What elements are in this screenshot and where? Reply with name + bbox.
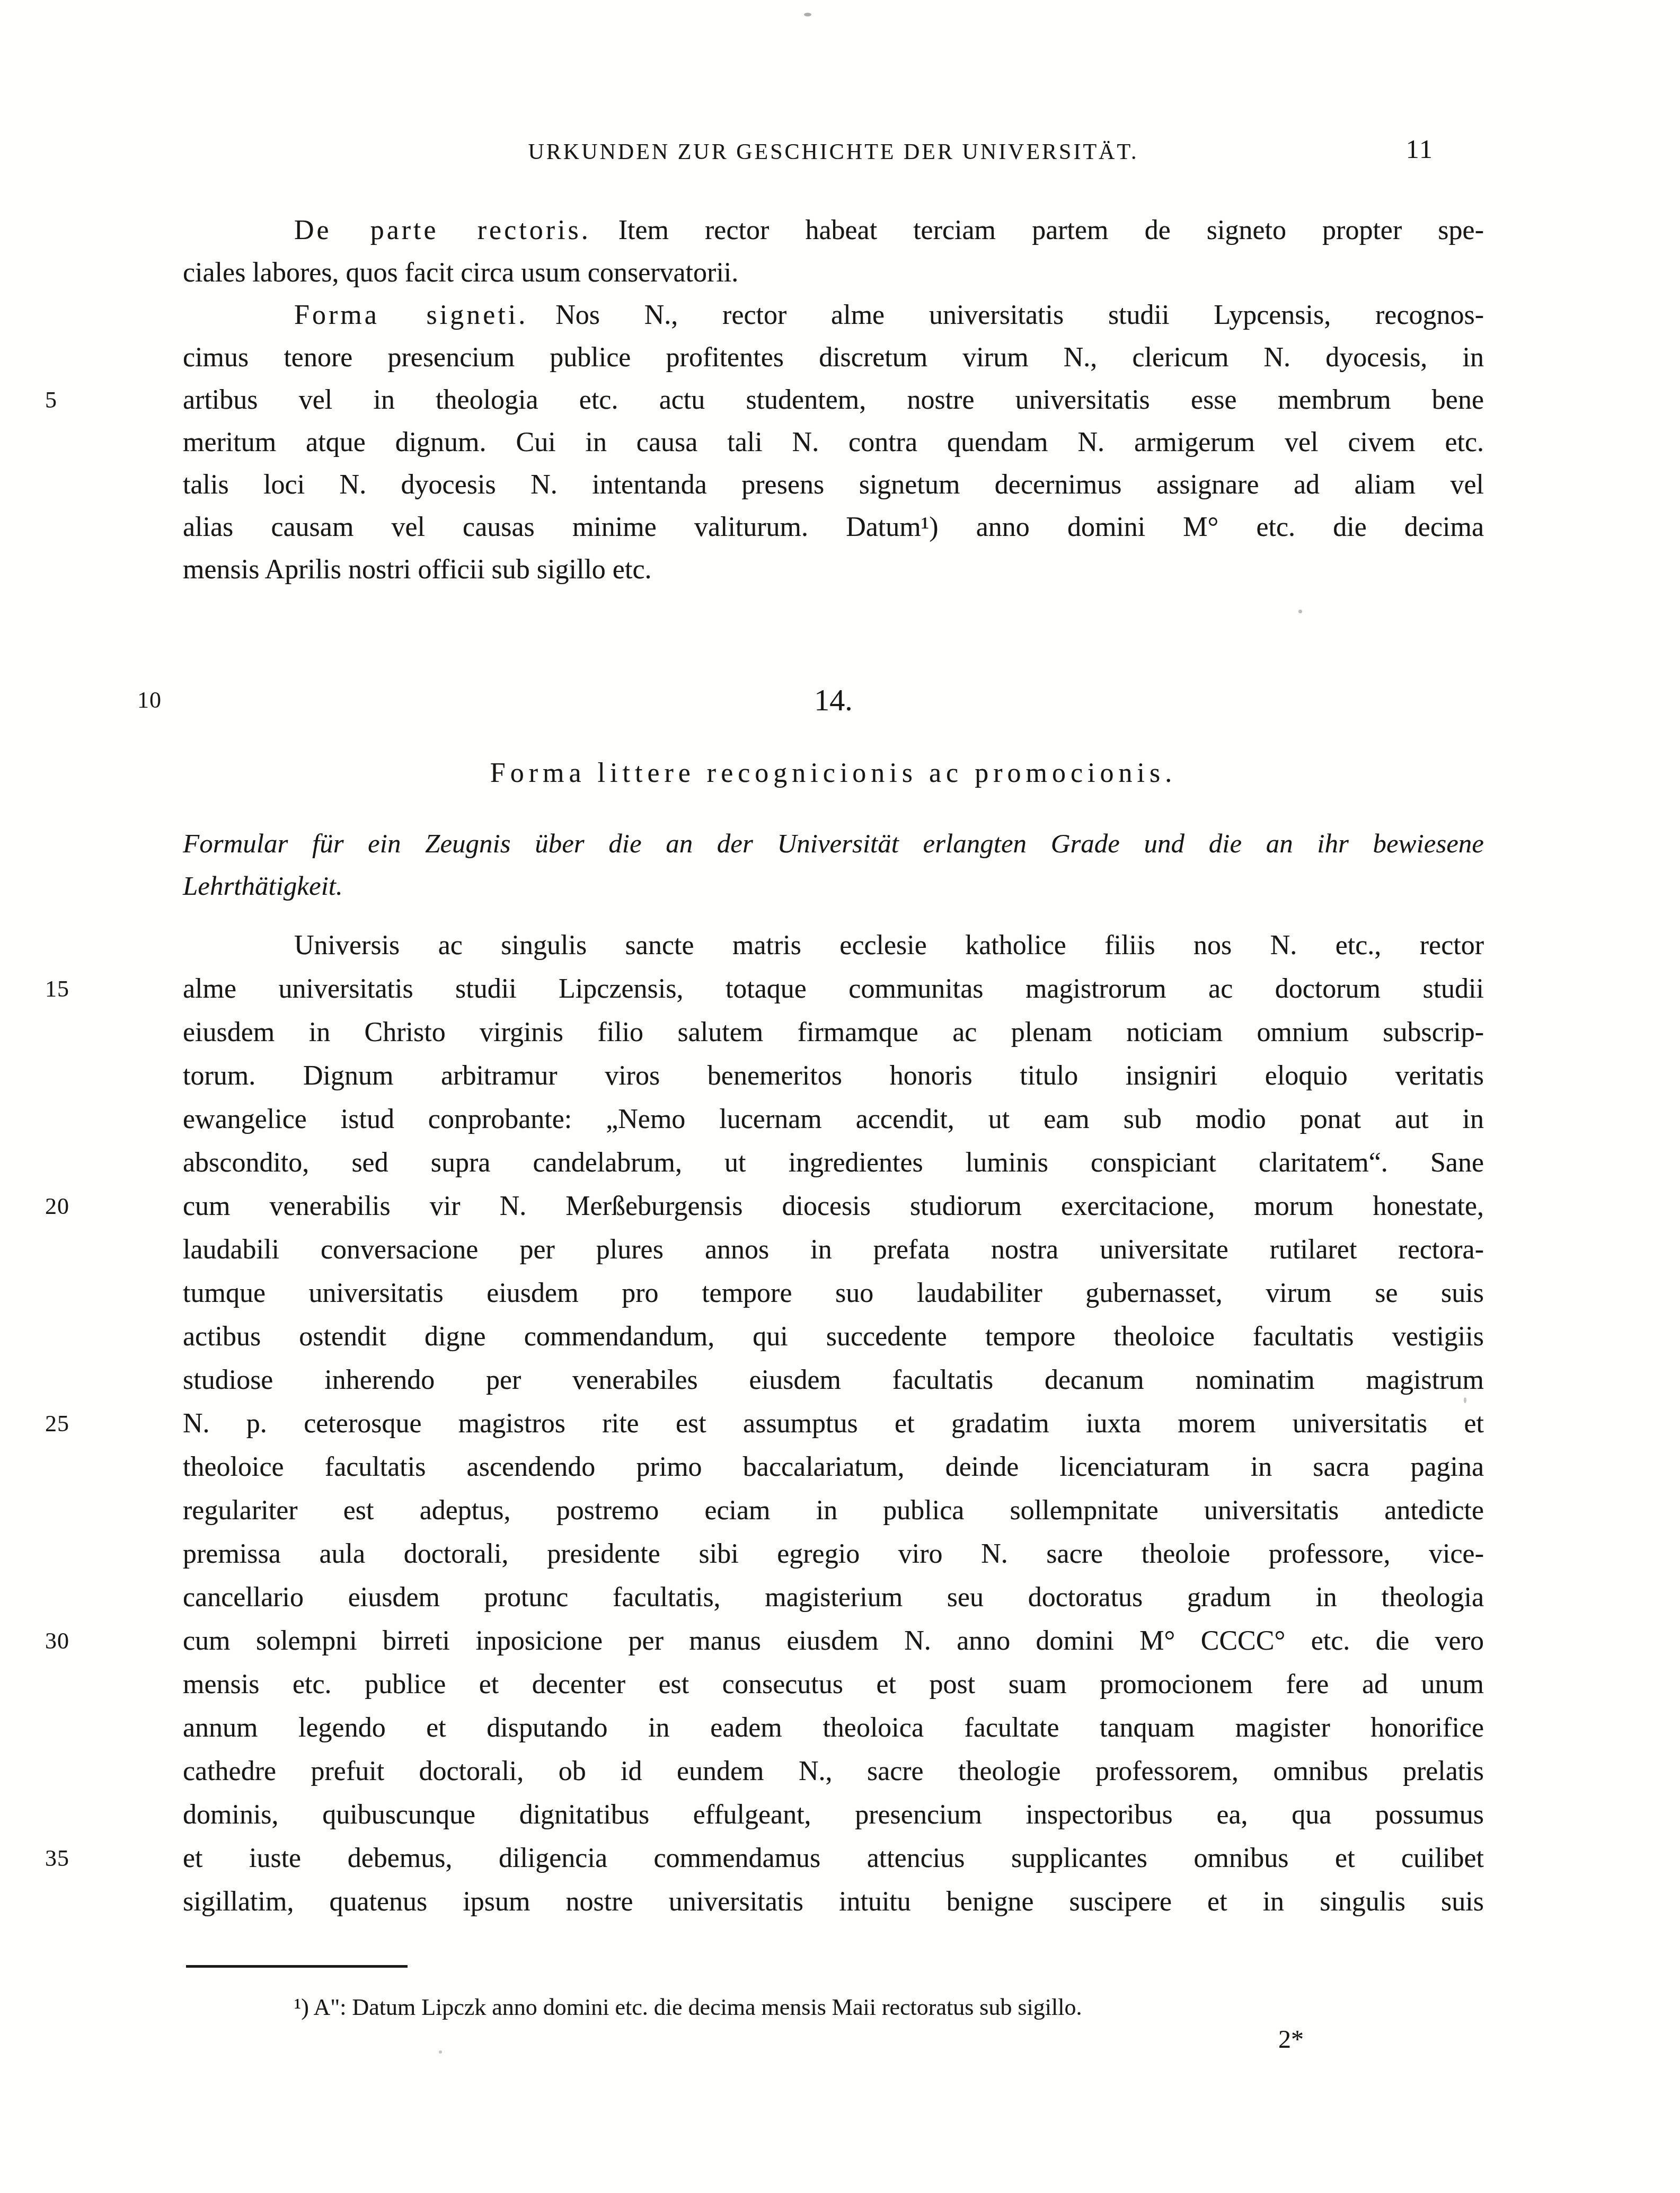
- text-line: torum. Dignum arbitramur viros benemerit…: [183, 1054, 1484, 1098]
- text-line: meritum atque dignum. Cui in causa tali …: [183, 421, 1484, 464]
- line-text: Nos N., rector alme universitatis studii…: [555, 300, 1484, 330]
- line-text: mensis etc. publice et decenter est cons…: [183, 1669, 1484, 1699]
- line-text: sigillatim, quatenus ipsum nostre univer…: [183, 1887, 1484, 1917]
- line-text: torum. Dignum arbitramur viros benemerit…: [183, 1061, 1484, 1091]
- line-text: Item rector habeat terciam partem de sig…: [618, 215, 1484, 245]
- line-text: alias causam vel causas minime valiturum…: [183, 512, 1484, 542]
- section-title: Forma littere recognicionis ac promocion…: [490, 758, 1177, 788]
- text-line: De parte rectoris.Item rector habeat ter…: [183, 209, 1484, 252]
- line-text: Formular für ein Zeugnis über die an der…: [183, 829, 1484, 859]
- text-line: 30cum solempni birreti inposicione per m…: [183, 1619, 1484, 1663]
- line-text: premissa aula doctorali, presidente sibi…: [183, 1539, 1484, 1569]
- text-line: studiose inherendo per venerabiles eiusd…: [183, 1359, 1484, 1402]
- line-text: dominis, quibuscunque dignitatibus efful…: [183, 1800, 1484, 1830]
- scan-speck: [804, 13, 811, 16]
- text-line: ewangelice istud conprobante: „Nemo luce…: [183, 1098, 1484, 1141]
- line-text: alme universitatis studii Lipczensis, to…: [183, 974, 1484, 1004]
- line-text: studiose inherendo per venerabiles eiusd…: [183, 1365, 1484, 1395]
- scanned-book-page: URKUNDEN ZUR GESCHICHTE DER UNIVERSITÄT.…: [0, 0, 1680, 2193]
- line-text: cum solempni birreti inposicione per man…: [183, 1626, 1484, 1656]
- section-title-row: Forma littere recognicionis ac promocion…: [183, 759, 1484, 795]
- text-line: 5artibus vel in theologia etc. actu stud…: [183, 379, 1484, 421]
- text-line: actibus ostendit digne commendandum, qui…: [183, 1315, 1484, 1359]
- line-text: cancellario eiusdem protunc facultatis, …: [183, 1582, 1484, 1613]
- text-line: annum legendo et disputando in eadem the…: [183, 1706, 1484, 1750]
- line-text: artibus vel in theologia etc. actu stude…: [183, 385, 1484, 415]
- text-line: Forma signeti.Nos N., rector alme univer…: [183, 294, 1484, 337]
- signature-mark: 2*: [183, 2026, 1484, 2054]
- text-line: cimus tenore presencium publice profiten…: [183, 337, 1484, 379]
- line-text: Universis ac singulis sancte matris eccl…: [294, 930, 1484, 961]
- line-text: mensis Aprilis nostri officii sub sigill…: [183, 554, 651, 585]
- text-line: laudabili conversacione per plures annos…: [183, 1228, 1484, 1272]
- line-text: N. p. ceterosque magistros rite est assu…: [183, 1408, 1484, 1439]
- line-text: meritum atque dignum. Cui in causa tali …: [183, 427, 1484, 457]
- section-subtitle: Formular für ein Zeugnis über die an der…: [183, 823, 1484, 908]
- text-line: sigillatim, quatenus ipsum nostre univer…: [183, 1880, 1484, 1924]
- text-line: Universis ac singulis sancte matris eccl…: [183, 924, 1484, 967]
- section-number: 14.: [814, 683, 853, 717]
- text-line: theoloice facultatis ascendendo primo ba…: [183, 1446, 1484, 1489]
- section-heading-row: 10 14.: [183, 684, 1484, 724]
- text-line: 25N. p. ceterosque magistros rite est as…: [183, 1402, 1484, 1446]
- footnote: ¹) A": Datum Lipczk anno domini etc. die…: [183, 1993, 1484, 2022]
- text-line: mensis Aprilis nostri officii sub sigill…: [183, 549, 1484, 591]
- line-text: regulariter est adeptus, postremo eciam …: [183, 1495, 1484, 1526]
- footnote-text: ¹) A": Datum Lipczk anno domini etc. die…: [294, 1994, 1082, 2020]
- text-line: cathedre prefuit doctorali, ob id eundem…: [183, 1750, 1484, 1793]
- text-line: 20cum venerabilis vir N. Merßeburgensis …: [183, 1185, 1484, 1228]
- text-line: abscondito, sed supra candelabrum, ut in…: [183, 1141, 1484, 1185]
- text-line: mensis etc. publice et decenter est cons…: [183, 1663, 1484, 1706]
- line-text: abscondito, sed supra candelabrum, ut in…: [183, 1148, 1484, 1178]
- footnote-rule: [186, 1965, 408, 1968]
- subtitle-line: Formular für ein Zeugnis über die an der…: [183, 823, 1484, 865]
- margin-line-number: 20: [45, 1185, 162, 1228]
- text-column: URKUNDEN ZUR GESCHICHTE DER UNIVERSITÄT.…: [183, 0, 1484, 2054]
- line-text: tumque universitatis eiusdem pro tempore…: [183, 1278, 1484, 1308]
- text-line: premissa aula doctorali, presidente sibi…: [183, 1533, 1484, 1576]
- line-text: ewangelice istud conprobante: „Nemo luce…: [183, 1104, 1484, 1134]
- margin-line-number: 5: [45, 379, 162, 421]
- margin-line-number: 30: [45, 1619, 162, 1663]
- text-line: dominis, quibuscunque dignitatibus efful…: [183, 1793, 1484, 1837]
- text-line: alias causam vel causas minime valiturum…: [183, 506, 1484, 549]
- text-line: 15alme universitatis studii Lipczensis, …: [183, 967, 1484, 1011]
- line-text: laudabili conversacione per plures annos…: [183, 1235, 1484, 1265]
- margin-line-number: 15: [45, 967, 162, 1011]
- line-text: et iuste debemus, diligencia commendamus…: [183, 1843, 1484, 1873]
- scan-speck: [439, 2050, 442, 2054]
- text-line: regulariter est adeptus, postremo eciam …: [183, 1489, 1484, 1533]
- scan-speck: [1298, 610, 1302, 613]
- text-line: ciales labores, quos facit circa usum co…: [183, 252, 1484, 294]
- text-line: talis loci N. dyocesis N. intentanda pre…: [183, 464, 1484, 506]
- text-line: cancellario eiusdem protunc facultatis, …: [183, 1576, 1484, 1619]
- margin-line-number: 25: [45, 1402, 162, 1446]
- spaced-heading: Forma signeti.: [294, 300, 528, 330]
- scan-speck: [1464, 1397, 1466, 1403]
- line-text: cathedre prefuit doctorali, ob id eundem…: [183, 1756, 1484, 1786]
- line-text: Lehrthätigkeit.: [183, 871, 343, 901]
- margin-line-number: 10: [45, 684, 162, 716]
- text-line: tumque universitatis eiusdem pro tempore…: [183, 1272, 1484, 1315]
- body-paragraph: Universis ac singulis sancte matris eccl…: [183, 924, 1484, 1924]
- page-header: URKUNDEN ZUR GESCHICHTE DER UNIVERSITÄT.…: [183, 140, 1484, 164]
- running-title: URKUNDEN ZUR GESCHICHTE DER UNIVERSITÄT.: [528, 140, 1138, 164]
- subtitle-line: Lehrthätigkeit.: [183, 865, 1484, 908]
- margin-line-number: 35: [45, 1837, 162, 1880]
- line-text: cum venerabilis vir N. Merßeburgensis di…: [183, 1191, 1484, 1221]
- line-text: eiusdem in Christo virginis filio salute…: [183, 1017, 1484, 1047]
- line-text: talis loci N. dyocesis N. intentanda pre…: [183, 470, 1484, 500]
- line-text: ciales labores, quos facit circa usum co…: [183, 258, 738, 288]
- line-text: cimus tenore presencium publice profiten…: [183, 342, 1484, 373]
- text-line: 35et iuste debemus, diligencia commendam…: [183, 1837, 1484, 1880]
- line-text: theoloice facultatis ascendendo primo ba…: [183, 1452, 1484, 1482]
- spaced-heading: De parte rectoris.: [294, 215, 591, 245]
- line-text: actibus ostendit digne commendandum, qui…: [183, 1322, 1484, 1352]
- text-line: eiusdem in Christo virginis filio salute…: [183, 1011, 1484, 1054]
- page-number: 11: [1406, 137, 1434, 161]
- line-text: annum legendo et disputando in eadem the…: [183, 1713, 1484, 1743]
- intro-paragraphs: De parte rectoris.Item rector habeat ter…: [183, 209, 1484, 591]
